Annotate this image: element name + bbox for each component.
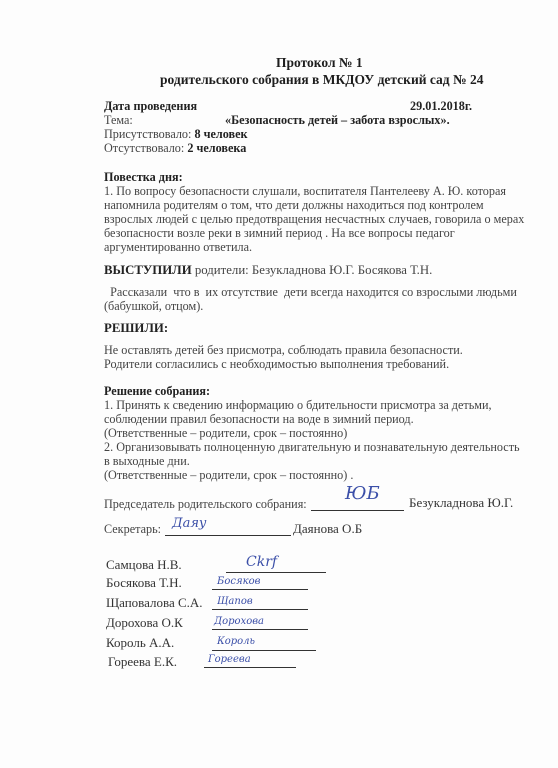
member-signature-line	[226, 572, 326, 573]
document-page: Протокол № 1 родительского собрания в МК…	[0, 0, 558, 768]
document-subtitle: родительского собрания в МКДОУ детский с…	[160, 72, 483, 88]
resolution-heading: Решение собрания:	[104, 384, 210, 399]
resolution-line: соблюдении правил безопасности на воде в…	[104, 412, 414, 427]
agenda-line: аргументированно ответила.	[104, 240, 252, 255]
member-signature-line	[212, 650, 316, 651]
member-name: Самцова Н.В.	[106, 557, 182, 573]
chair-label: Председатель родительского собрания:	[104, 497, 307, 512]
member-signature: Ckrf	[246, 554, 277, 570]
topic-value: «Безопасность детей – забота взрослых».	[225, 113, 450, 128]
absent-label: Отсутствовало:	[104, 141, 184, 155]
speakers-row: ВЫСТУПИЛИ родители: Безукладнова Ю.Г. Бо…	[104, 263, 432, 278]
resolution-line: 2. Организовывать полноценную двигательн…	[104, 440, 520, 455]
secretary-signature-line	[165, 535, 291, 536]
chair-signature: ЮБ	[345, 483, 380, 504]
decided-line: Родители согласились с необходимостью вы…	[104, 357, 449, 372]
member-name: Король А.А.	[106, 635, 174, 651]
member-signature: Щапов	[217, 596, 253, 607]
chair-signature-line	[311, 510, 404, 511]
decided-line: Не оставлять детей без присмотра, соблюд…	[104, 343, 463, 358]
agenda-line: взрослых людей с целью предотвращения не…	[104, 212, 524, 227]
absent-value: 2 человека	[187, 141, 246, 155]
member-signature: Король	[217, 636, 255, 647]
member-signature-line	[212, 629, 308, 630]
secretary-name: Даянова О.Б	[293, 521, 362, 537]
resolution-line: 1. Принять к сведению информацию о бдите…	[104, 398, 492, 413]
secretary-label: Секретарь:	[104, 522, 161, 537]
member-signature-line	[212, 609, 308, 610]
member-name: Дорохова О.К	[106, 615, 183, 631]
date-label: Дата проведения	[104, 99, 197, 114]
resolution-line: (Ответственные – родители, срок – постоя…	[104, 426, 347, 441]
speakers-line: Рассказали что в их отсутствие дети всег…	[104, 285, 517, 300]
present-row: Присутствовало: 8 человек	[104, 127, 248, 142]
date-value: 29.01.2018г.	[410, 99, 472, 114]
member-signature: Босяков	[217, 576, 260, 587]
speakers-line: (бабушкой, отцом).	[104, 299, 203, 314]
member-signature: Гореева	[208, 654, 251, 665]
resolution-line: в выходные дни.	[104, 454, 190, 469]
present-value: 8 человек	[194, 127, 247, 141]
speakers-value: родители: Безукладнова Ю.Г. Босякова Т.Н…	[192, 263, 433, 277]
speakers-label: ВЫСТУПИЛИ	[104, 263, 192, 277]
topic-label: Тема:	[104, 113, 133, 128]
member-signature-line	[204, 667, 296, 668]
member-signature-line	[212, 589, 308, 590]
resolution-line: (Ответственные – родители, срок – постоя…	[104, 468, 353, 483]
agenda-line: 1. По вопросу безопасности слушали, восп…	[104, 184, 506, 199]
secretary-signature: Даяу	[172, 516, 206, 531]
agenda-line: напомнила родителям о том, что дети долж…	[104, 198, 484, 213]
document-title: Протокол № 1	[276, 55, 363, 71]
agenda-heading: Повестка дня:	[104, 170, 183, 185]
agenda-line: безопасности возле реки в зимний период …	[104, 226, 455, 241]
decided-heading: РЕШИЛИ:	[104, 321, 168, 336]
absent-row: Отсутствовало: 2 человека	[104, 141, 246, 156]
member-name: Гореева Е.К.	[108, 654, 177, 670]
member-name: Щаповалова С.А.	[106, 595, 203, 611]
chair-name: Безукладнова Ю.Г.	[409, 495, 513, 511]
present-label: Присутствовало:	[104, 127, 191, 141]
member-name: Босякова Т.Н.	[106, 575, 182, 591]
member-signature: Дорохова	[214, 616, 264, 627]
